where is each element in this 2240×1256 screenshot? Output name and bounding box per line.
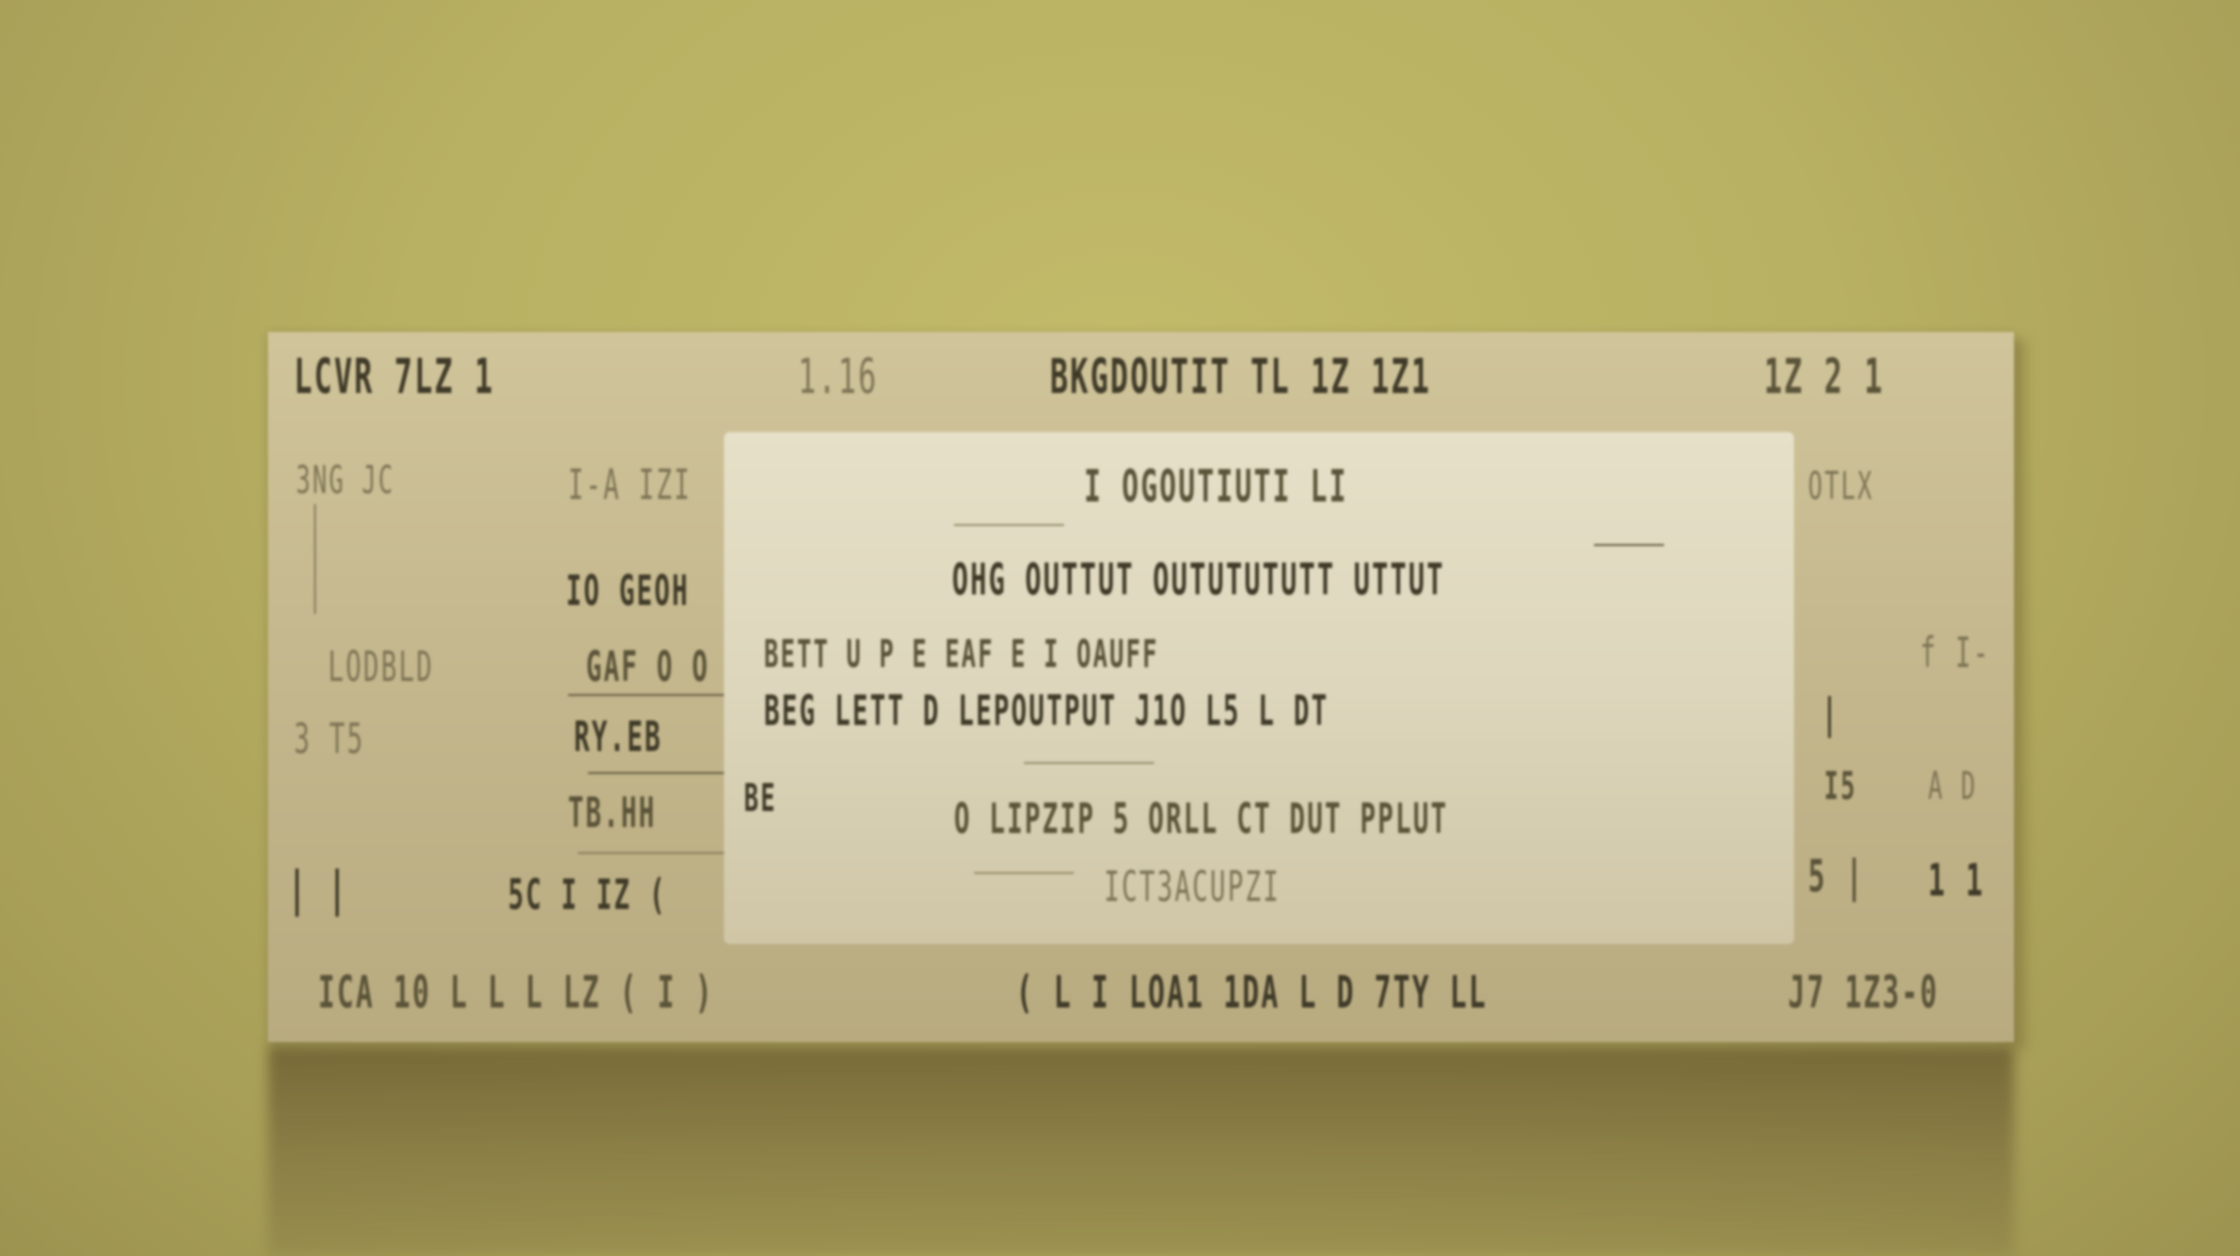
left-row6-b: 5C I IZ ( xyxy=(508,872,667,920)
left-vertical-rule xyxy=(314,504,316,614)
left-row4-b: RY.EB xyxy=(574,714,662,762)
left-row3-b: GAF O O xyxy=(586,644,710,692)
panel-title: I OGOUTIUTI LI xyxy=(1084,460,1348,513)
panel-line4-marker: BE xyxy=(744,776,777,821)
footer-left-text: ICA 10 L L L LZ ( I ) xyxy=(318,966,714,1019)
header-right-text: 1Z 2 1 xyxy=(1764,350,1884,406)
panel-rule-3 xyxy=(1024,762,1154,764)
panel-line6: ICT3ACUPZI xyxy=(1104,864,1281,912)
paper-ticket: LCVR 7LZ 1 1.16 BKGDOUTIT TL 1Z 1Z1 1Z 2… xyxy=(268,332,2014,1042)
footer-center-text: ( L I LOA1 1DA L D 7TY LL xyxy=(1016,966,1487,1019)
right-row4-a: 5 | xyxy=(1808,850,1865,903)
panel-rule-2 xyxy=(1594,544,1664,546)
header-center-left-text: 1.16 xyxy=(798,350,878,406)
header-left-text: LCVR 7LZ 1 xyxy=(294,350,495,406)
right-row1: OTLX xyxy=(1808,464,1874,509)
left-row1-a: 3NG JC xyxy=(296,458,395,503)
left-underline-1 xyxy=(568,694,738,696)
right-tick-1 xyxy=(1828,696,1831,738)
left-row3-a: LODBLD xyxy=(328,644,434,692)
left-underline-3 xyxy=(578,852,728,854)
panel-line1: OHG OUTTUT OUTUTUTUTT UTTUT xyxy=(952,556,1445,606)
panel-line3: BEG LETT D LEPOUTPUT J1O L5 L DT xyxy=(764,688,1329,736)
right-row3-b: A D xyxy=(1928,764,1977,809)
right-row2: f I- xyxy=(1920,630,1991,678)
ticket-shadow xyxy=(268,1046,2014,1256)
left-row6-a: | | xyxy=(288,862,348,918)
footer-right-text: J7 1Z3-0 xyxy=(1788,966,1939,1019)
left-underline-2 xyxy=(588,772,738,774)
panel-line2: BETT U P E EAF E I OAUFF xyxy=(764,632,1159,677)
header-center-text: BKGDOUTIT TL 1Z 1Z1 xyxy=(1050,350,1431,406)
left-row1-b: I-A IZI xyxy=(568,462,692,510)
panel-rule-4 xyxy=(974,872,1074,874)
inner-print-panel: I OGOUTIUTI LI OHG OUTTUT OUTUTUTUTT UTT… xyxy=(724,432,1794,944)
left-row4-a: 3 T5 xyxy=(294,716,365,764)
left-row5: TB.HH xyxy=(568,790,656,838)
panel-line5: O LIPZIP 5 ORLL CT DUT PPLUT xyxy=(954,796,1448,844)
left-row2: IO GEOH xyxy=(566,568,690,616)
right-row4-b: 1 1 xyxy=(1928,854,1985,907)
right-row3-a: I5 xyxy=(1824,764,1857,809)
panel-rule-1 xyxy=(954,524,1064,526)
